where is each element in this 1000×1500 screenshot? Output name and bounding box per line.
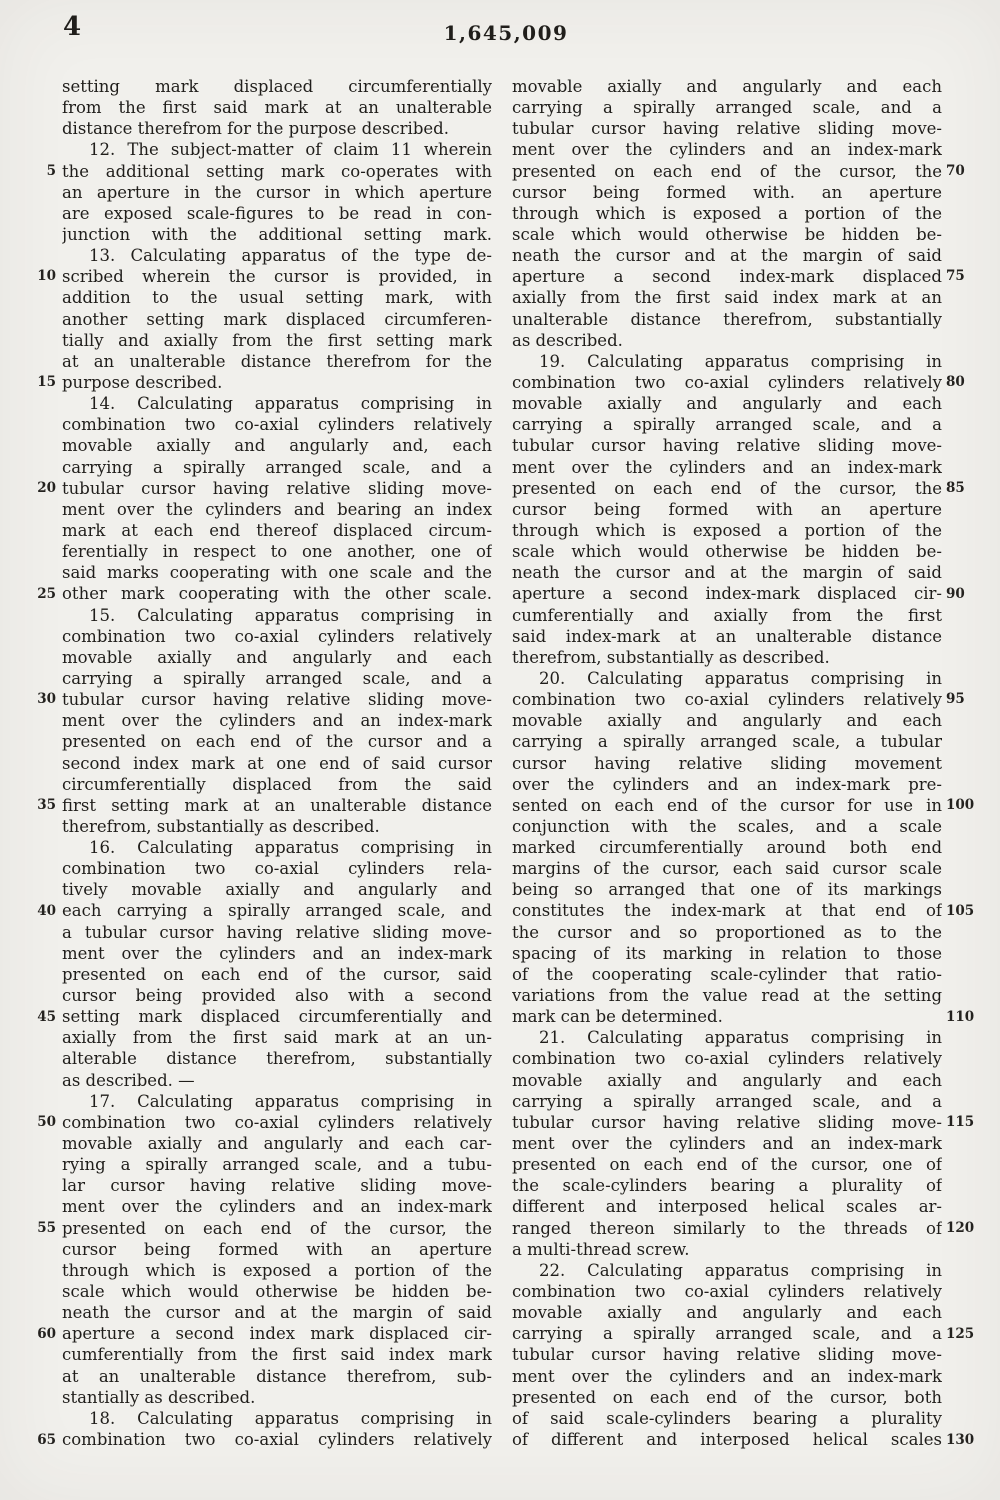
text-line: combination two co-axial cylinders relat… <box>62 414 492 435</box>
text-line: carrying a spirally arranged scale, and … <box>512 1323 942 1344</box>
text-line: combination two co-axial cylinders relat… <box>62 1112 492 1133</box>
text-line: from the first said mark at an unalterab… <box>62 97 492 118</box>
text-line: 22. Calculating apparatus comprising in <box>512 1260 942 1281</box>
text-line: cursor having relative sliding movement <box>512 753 942 774</box>
text-line: presented on each end of the cursor and … <box>62 731 492 752</box>
text-line: distance therefrom for the purpose descr… <box>62 118 492 139</box>
text-line: axially from the first said mark at an u… <box>62 1027 492 1048</box>
text-line: other mark cooperating with the other sc… <box>62 583 492 604</box>
text-line: movable axially and angularly and each <box>512 710 942 731</box>
line-number: 5 <box>12 161 56 182</box>
text-line: 20. Calculating apparatus comprising in <box>512 668 942 689</box>
text-line: ment over the cylinders and an index-mar… <box>512 1366 942 1387</box>
text-line: neath the cursor and at the margin of sa… <box>512 562 942 583</box>
text-line: ment over the cylinders and an index-mar… <box>62 943 492 964</box>
text-line: presented on each end of the cursor, one… <box>512 1154 942 1175</box>
text-line: the cursor and so proportioned as to the <box>512 922 942 943</box>
text-line: carrying a spirally arranged scale, and … <box>512 97 942 118</box>
text-line: 16. Calculating apparatus comprising in <box>62 837 492 858</box>
text-line: carrying a spirally arranged scale, a tu… <box>512 731 942 752</box>
text-line: sented on each end of the cursor for use… <box>512 795 942 816</box>
patent-page: 4 1,645,009 5101520253035404550556065 se… <box>0 0 1000 1500</box>
line-number: 105 <box>946 901 994 922</box>
text-line: combination two co-axial cylinders relat… <box>512 1048 942 1069</box>
text-line: of said scale-cylinders bearing a plural… <box>512 1408 942 1429</box>
right-line-numbers: 707580859095100105110115120125130 <box>946 76 994 1456</box>
text-line: presented on each end of the cursor, the <box>512 478 942 499</box>
text-line: scribed wherein the cursor is provided, … <box>62 266 492 287</box>
text-line: presented on each end of the cursor, bot… <box>512 1387 942 1408</box>
text-line: addition to the usual setting mark, with <box>62 287 492 308</box>
text-line: said marks cooperating with one scale an… <box>62 562 492 583</box>
line-number: 95 <box>946 689 994 710</box>
text-line: at an unalterable distance therefrom, su… <box>62 1366 492 1387</box>
text-line: movable axially and angularly and each <box>62 647 492 668</box>
text-line: setting mark displaced circumferentially… <box>62 1006 492 1027</box>
text-line: combination two co-axial cylinders relat… <box>62 1429 492 1450</box>
text-line: rying a spirally arranged scale, and a t… <box>62 1154 492 1175</box>
line-number: 25 <box>12 584 56 605</box>
text-line: 15. Calculating apparatus comprising in <box>62 605 492 626</box>
text-line: carrying a spirally arranged scale, and … <box>62 668 492 689</box>
text-line: cursor being formed with. an aperture <box>512 182 942 203</box>
text-line: of different and interposed helical scal… <box>512 1429 942 1450</box>
line-number: 60 <box>12 1324 56 1345</box>
line-number: 85 <box>946 478 994 499</box>
text-line: ment over the cylinders and an index-mar… <box>512 1133 942 1154</box>
line-number: 125 <box>946 1324 994 1345</box>
text-line: conjunction with the scales, and a scale <box>512 816 942 837</box>
text-line: a multi-thread screw. <box>512 1239 942 1260</box>
text-line: tubular cursor having relative sliding m… <box>512 1344 942 1365</box>
line-number: 70 <box>946 161 994 182</box>
line-number: 65 <box>12 1430 56 1451</box>
text-line: ment over the cylinders and an index-mar… <box>62 710 492 731</box>
text-line: unalterable distance therefrom, substant… <box>512 309 942 330</box>
text-line: tubular cursor having relative sliding m… <box>62 689 492 710</box>
left-column: setting mark displaced circumferentially… <box>62 76 492 1450</box>
text-line: 17. Calculating apparatus comprising in <box>62 1091 492 1112</box>
text-line: 18. Calculating apparatus comprising in <box>62 1408 492 1429</box>
patent-number: 1,645,009 <box>0 21 1000 45</box>
text-line: neath the cursor and at the margin of sa… <box>62 1302 492 1323</box>
text-line: 13. Calculating apparatus of the type de… <box>62 245 492 266</box>
text-line: through which is exposed a portion of th… <box>62 1260 492 1281</box>
line-number: 80 <box>946 372 994 393</box>
text-line: therefrom, substantially as described. <box>62 816 492 837</box>
text-line: carrying a spirally arranged scale, and … <box>512 1091 942 1112</box>
text-line: movable axially and angularly and each <box>512 1070 942 1091</box>
text-line: tially and axially from the first settin… <box>62 330 492 351</box>
text-line: movable axially and angularly and each <box>512 1302 942 1323</box>
text-line: are exposed scale-figures to be read in … <box>62 203 492 224</box>
text-line: as described. <box>512 330 942 351</box>
text-line: at an unalterable distance therefrom for… <box>62 351 492 372</box>
text-line: movable axially and angularly and each <box>512 393 942 414</box>
line-number: 55 <box>12 1218 56 1239</box>
text-line: cursor being formed with an aperture <box>512 499 942 520</box>
text-line: 14. Calculating apparatus comprising in <box>62 393 492 414</box>
text-line: scale which would otherwise be hidden be… <box>62 1281 492 1302</box>
text-line: variations from the value read at the se… <box>512 985 942 1006</box>
text-line: being so arranged that one of its markin… <box>512 879 942 900</box>
text-line: the additional setting mark co-operates … <box>62 161 492 182</box>
text-line: cumferentially from the first said index… <box>62 1344 492 1365</box>
line-number: 45 <box>12 1007 56 1028</box>
line-number: 75 <box>946 266 994 287</box>
text-line: margins of the cursor, each said cursor … <box>512 858 942 879</box>
text-line: aperture a second index-mark displaced <box>512 266 942 287</box>
text-line: ranged thereon similarly to the threads … <box>512 1218 942 1239</box>
line-number: 90 <box>946 584 994 605</box>
text-line: an aperture in the cursor in which apert… <box>62 182 492 203</box>
text-line: carrying a spirally arranged scale, and … <box>62 457 492 478</box>
text-line: presented on each end of the cursor, the <box>62 1218 492 1239</box>
line-number: 130 <box>946 1430 994 1451</box>
text-line: first setting mark at an unalterable dis… <box>62 795 492 816</box>
text-line: cursor being provided also with a second <box>62 985 492 1006</box>
line-number: 115 <box>946 1112 994 1133</box>
line-number: 120 <box>946 1218 994 1239</box>
text-line: combination two co-axial cylinders rela- <box>62 858 492 879</box>
text-line: the scale-cylinders bearing a plurality … <box>512 1175 942 1196</box>
text-line: combination two co-axial cylinders relat… <box>512 1281 942 1302</box>
right-column: movable axially and angularly and eachca… <box>512 76 942 1450</box>
text-line: cursor being formed with an aperture <box>62 1239 492 1260</box>
line-number: 40 <box>12 901 56 922</box>
text-line: stantially as described. <box>62 1387 492 1408</box>
text-line: said index-mark at an unalterable distan… <box>512 626 942 647</box>
text-line: each carrying a spirally arranged scale,… <box>62 900 492 921</box>
text-line: movable axially and angularly and, each <box>62 435 492 456</box>
text-line: lar cursor having relative sliding move- <box>62 1175 492 1196</box>
text-line: combination two co-axial cylinders relat… <box>512 689 942 710</box>
text-line: as described. — <box>62 1070 492 1091</box>
text-line: tubular cursor having relative sliding m… <box>512 118 942 139</box>
text-line: spacing of its marking in relation to th… <box>512 943 942 964</box>
text-line: ment over the cylinders and an index-mar… <box>512 139 942 160</box>
text-line: cumferentially and axially from the firs… <box>512 605 942 626</box>
text-line: circumferentially displaced from the sai… <box>62 774 492 795</box>
text-line: axially from the first said index mark a… <box>512 287 942 308</box>
text-line: through which is exposed a portion of th… <box>512 520 942 541</box>
text-line: 19. Calculating apparatus comprising in <box>512 351 942 372</box>
text-line: setting mark displaced circumferentially <box>62 76 492 97</box>
text-line: 21. Calculating apparatus comprising in <box>512 1027 942 1048</box>
text-line: tubular cursor having relative sliding m… <box>512 435 942 456</box>
text-line: tively movable axially and angularly and <box>62 879 492 900</box>
text-line: ment over the cylinders and an index-mar… <box>512 457 942 478</box>
text-line: carrying a spirally arranged scale, and … <box>512 414 942 435</box>
text-line: of the cooperating scale-cylinder that r… <box>512 964 942 985</box>
text-line: movable axially and angularly and each c… <box>62 1133 492 1154</box>
left-line-numbers: 5101520253035404550556065 <box>12 76 56 1456</box>
text-line: tubular cursor having relative sliding m… <box>62 478 492 499</box>
text-line: junction with the additional setting mar… <box>62 224 492 245</box>
text-line: another setting mark displaced circumfer… <box>62 309 492 330</box>
text-line: ment over the cylinders and bearing an i… <box>62 499 492 520</box>
text-line: ferentially in respect to one another, o… <box>62 541 492 562</box>
text-line: therefrom, substantially as described. <box>512 647 942 668</box>
text-line: through which is exposed a portion of th… <box>512 203 942 224</box>
text-line: tubular cursor having relative sliding m… <box>512 1112 942 1133</box>
text-line: constitutes the index-mark at that end o… <box>512 900 942 921</box>
text-line: scale which would otherwise be hidden be… <box>512 224 942 245</box>
text-line: scale which would otherwise be hidden be… <box>512 541 942 562</box>
text-line: combination two co-axial cylinders relat… <box>512 372 942 393</box>
text-line: mark can be determined. <box>512 1006 942 1027</box>
line-number: 50 <box>12 1112 56 1133</box>
text-line: movable axially and angularly and each <box>512 76 942 97</box>
line-number: 35 <box>12 795 56 816</box>
text-line: ment over the cylinders and an index-mar… <box>62 1196 492 1217</box>
text-line: presented on each end of the cursor, sai… <box>62 964 492 985</box>
text-line: second index mark at one end of said cur… <box>62 753 492 774</box>
text-line: a tubular cursor having relative sliding… <box>62 922 492 943</box>
line-number: 30 <box>12 689 56 710</box>
text-line: marked circumferentially around both end <box>512 837 942 858</box>
text-line: mark at each end thereof displaced circu… <box>62 520 492 541</box>
line-number: 20 <box>12 478 56 499</box>
text-line: purpose described. <box>62 372 492 393</box>
text-line: alterable distance therefrom, substantia… <box>62 1048 492 1069</box>
text-line: over the cylinders and an index-mark pre… <box>512 774 942 795</box>
text-line: aperture a second index-mark displaced c… <box>512 583 942 604</box>
line-number: 110 <box>946 1007 994 1028</box>
text-line: presented on each end of the cursor, the <box>512 161 942 182</box>
line-number: 15 <box>12 372 56 393</box>
text-line: different and interposed helical scales … <box>512 1196 942 1217</box>
text-line: aperture a second index mark displaced c… <box>62 1323 492 1344</box>
text-line: neath the cursor and at the margin of sa… <box>512 245 942 266</box>
line-number: 100 <box>946 795 994 816</box>
text-line: 12. The subject-matter of claim 11 where… <box>62 139 492 160</box>
line-number: 10 <box>12 266 56 287</box>
text-line: combination two co-axial cylinders relat… <box>62 626 492 647</box>
